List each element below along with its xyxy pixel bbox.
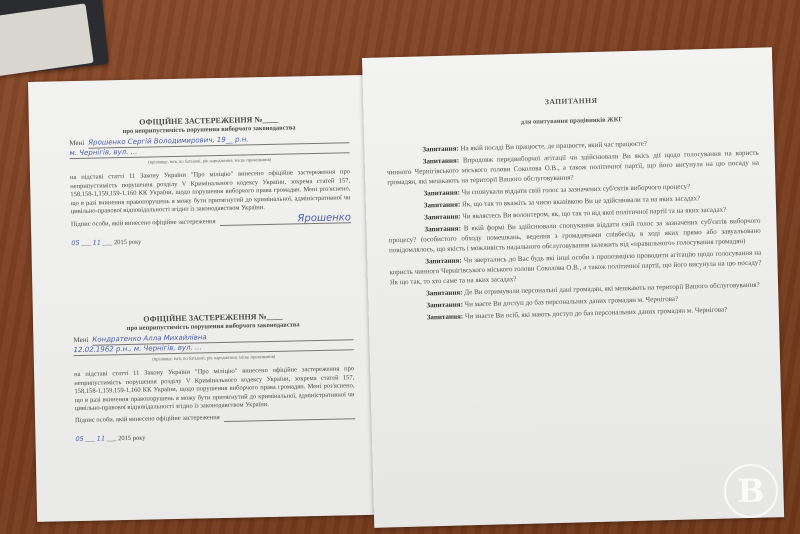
- signature: Ярошенко: [219, 213, 351, 226]
- question-label: Запитання:: [426, 300, 463, 309]
- warning-date: 05 ___ 11 ___ 2015 року: [71, 233, 351, 248]
- question-label: Запитання:: [426, 288, 463, 297]
- official-warning-1: ОФІЦІЙНЕ ЗАСТЕРЕЖЕННЯ №____ про неприпус…: [69, 113, 352, 247]
- signature-label: Підпис особи, якій винесено офіційне зас…: [71, 217, 216, 229]
- question-label: Запитання:: [425, 256, 462, 265]
- question-label: Запитання:: [423, 188, 460, 197]
- question-label: Запитання:: [427, 312, 464, 321]
- question-list: Запитання: На якій посаді Ви працюєте, д…: [386, 136, 763, 324]
- question-label: Запитання:: [424, 212, 461, 221]
- questionnaire-subtitle: для опитування працівників ЖКГ: [386, 112, 758, 132]
- official-warning-2: ОФІЦІЙНЕ ЗАСТЕРЕЖЕННЯ №____ про неприпус…: [73, 310, 356, 443]
- questionnaire-title: ЗАПИТАННЯ: [385, 92, 757, 112]
- questionnaire: ЗАПИТАННЯ для опитування працівників ЖКГ…: [385, 92, 763, 324]
- publisher-logo-icon: В: [724, 464, 778, 518]
- signature-label: Підпис особи, якій винесено офіційне зас…: [75, 413, 220, 425]
- question-label: Запитання:: [424, 224, 461, 233]
- question-label: Запитання:: [422, 144, 459, 153]
- question-label: Запитання:: [424, 200, 461, 209]
- warning-body: на підставі статті 11 Закону України "Пр…: [74, 365, 355, 413]
- signature: [224, 418, 355, 422]
- warning-date: 05 ___ 11 ___ 2015 року: [75, 429, 355, 444]
- questionnaire-sheet: ЗАПИТАННЯ для опитування працівників ЖКГ…: [362, 47, 784, 528]
- question-label: Запитання:: [423, 156, 460, 165]
- warning-body: на підставі статті 11 Закону України "Пр…: [70, 168, 351, 216]
- to-label: Мені: [69, 139, 84, 149]
- warning-sheet: ОФІЦІЙНЕ ЗАСТЕРЕЖЕННЯ №____ про неприпус…: [28, 75, 383, 522]
- to-label: Мені: [73, 336, 88, 346]
